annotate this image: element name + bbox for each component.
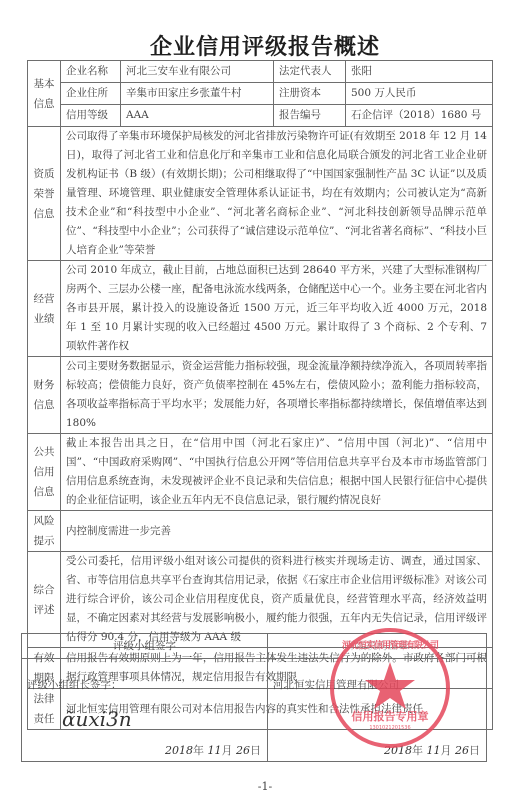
section-label: 公共信用信息 bbox=[28, 434, 61, 511]
basic-info-row: 基本信息 企业名称 河北三安车业有限公司 法定代表人 张阳 bbox=[28, 61, 493, 83]
section-row-qualifications: 资质荣誉信息 公司取得了辛集市环境保护局核发的河北省排放污染物许可证(有效期至 … bbox=[28, 127, 493, 261]
basic-info-row: 信用等级 AAA 报告编号 石企信评（2018）1680 号 bbox=[28, 105, 493, 127]
section-label: 经营业绩 bbox=[28, 261, 61, 357]
section-label-basic-info: 基本信息 bbox=[28, 61, 61, 127]
team-leader-signature-label: 评级小组组长签字： bbox=[27, 677, 122, 692]
value-company-name: 河北三安车业有限公司 bbox=[121, 61, 274, 83]
label-report-number: 报告编号 bbox=[274, 105, 346, 127]
section-text: 公司取得了辛集市环境保护局核发的河北省排放污染物许可证(有效期至 2018 年 … bbox=[61, 127, 493, 261]
value-report-number: 石企信评（2018）1680 号 bbox=[346, 105, 493, 127]
stamp-outer-text: 河北恒实信用管理有限公司 bbox=[334, 638, 446, 651]
section-row-risk: 风险提示 内控制度需进一步完善 bbox=[28, 511, 493, 552]
section-label: 风险提示 bbox=[28, 511, 61, 552]
section-text: 内控制度需进一步完善 bbox=[61, 511, 493, 552]
official-seal-stamp: 信用报告专用章 河北恒实信用管理有限公司 1301021201536 bbox=[330, 628, 450, 748]
value-company-address: 辛集市田家庄乡张董牛村 bbox=[121, 83, 274, 105]
rating-team-signature-cell: 评级小组组长签字： ɑ̃uxi3n 2018年 11月 26日 bbox=[22, 659, 268, 762]
label-registered-capital: 注册资本 bbox=[274, 83, 346, 105]
handwritten-signature: ɑ̃uxi3n bbox=[62, 707, 132, 731]
value-registered-capital: 500 万人民币 bbox=[346, 83, 493, 105]
section-label: 资质荣誉信息 bbox=[28, 127, 61, 261]
value-legal-rep: 张阳 bbox=[346, 61, 493, 83]
page-title: 企业信用评级报告概述 bbox=[0, 30, 530, 61]
label-company-address: 企业住所 bbox=[61, 83, 121, 105]
section-text: 公司主要财务数据显示，资金运营能力指标较强，现金流量净额持续净流入，各项周转率指… bbox=[61, 357, 493, 434]
rating-team-signature-header: 评级小组签字 bbox=[22, 634, 268, 659]
value-credit-rating: AAA bbox=[121, 105, 274, 127]
stamp-code: 1301021201536 bbox=[334, 725, 446, 731]
label-credit-rating: 信用等级 bbox=[61, 105, 121, 127]
label-legal-rep: 法定代表人 bbox=[274, 61, 346, 83]
page-number: -1- bbox=[0, 780, 530, 793]
section-text: 截止本报告出具之日，在“信用中国（河北石家庄)”、“信用中国（河北)”、“信用中… bbox=[61, 434, 493, 511]
section-row-financial: 财务信息 公司主要财务数据显示，资金运营能力指标较强，现金流量净额持续净流入，各… bbox=[28, 357, 493, 434]
section-label: 财务信息 bbox=[28, 357, 61, 434]
report-summary-table: 基本信息 企业名称 河北三安车业有限公司 法定代表人 张阳 企业住所 辛集市田家… bbox=[27, 60, 493, 730]
section-text: 公司 2010 年成立，截止目前，占地总面积已达到 28640 平方米，兴建了大… bbox=[61, 261, 493, 357]
section-row-public-credit: 公共信用信息 截止本报告出具之日，在“信用中国（河北石家庄)”、“信用中国（河北… bbox=[28, 434, 493, 511]
section-row-performance: 经营业绩 公司 2010 年成立，截止目前，占地总面积已达到 28640 平方米… bbox=[28, 261, 493, 357]
stamp-inner-text: 信用报告专用章 bbox=[334, 708, 446, 724]
signature-date: 2018年 11月 26日 bbox=[165, 742, 261, 758]
basic-info-row: 企业住所 辛集市田家庄乡张董牛村 注册资本 500 万人民币 bbox=[28, 83, 493, 105]
label-company-name: 企业名称 bbox=[61, 61, 121, 83]
